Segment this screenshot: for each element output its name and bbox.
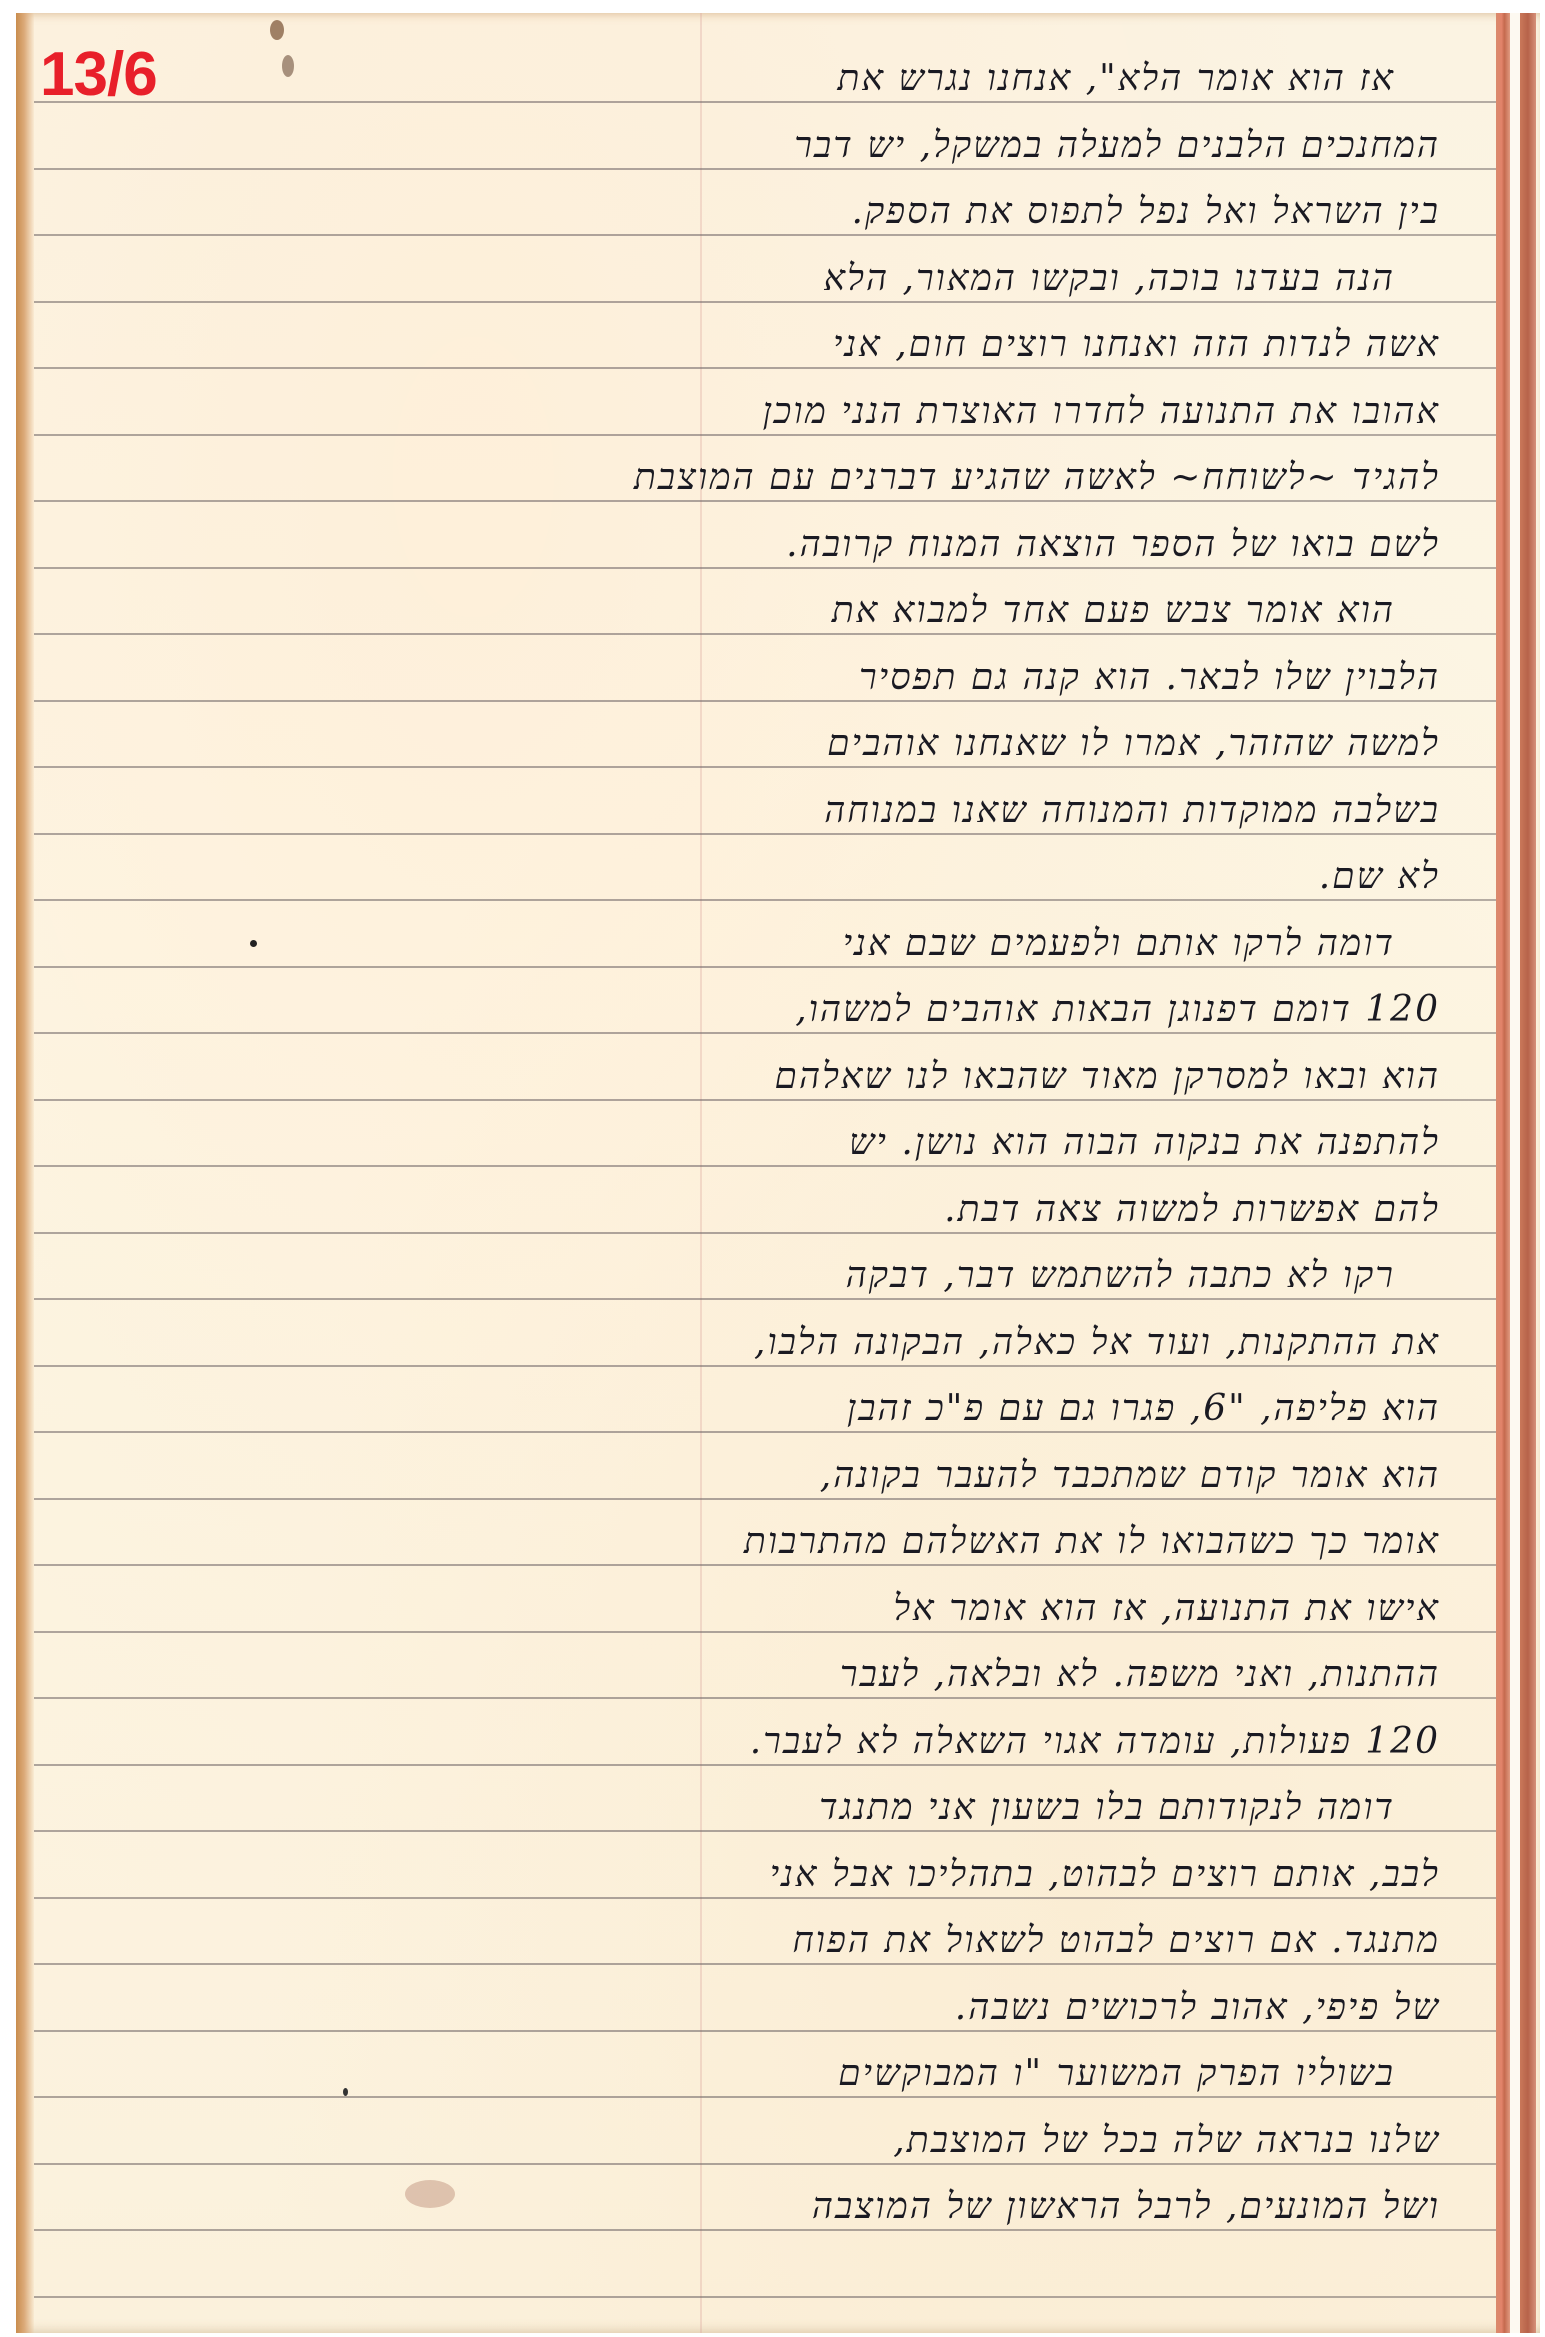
handwritten-line: למשה שהזהר, אמרו לו שאנחנו אוהבים [705,716,1440,772]
handwritten-line: הוא פליפה, "6, פגרו גם עם פ"כ זהבן [705,1381,1440,1437]
handwritten-line: הוא אומר צבש פעם אחד למבוא את [705,583,1440,639]
handwritten-line: בין השראל ואל נפל לתפוס את הספק. [705,184,1440,240]
handwritten-line: הוא ובאו למסרקן מאוד שהבאו לנו שאלהם [705,1049,1440,1105]
handwritten-line: המחנכים הלבנים למעלה במשקל, יש דבר [705,118,1440,174]
handwritten-line: ההתנות, ואני משפה. לא ובלאה, לעבר [705,1647,1440,1703]
handwritten-line: אומר כך כשהבואו לו את האשלהם מהתרבות [705,1514,1440,1570]
dot-mark [343,2088,348,2096]
handwritten-line: של פיפי, אהוב לרכושים נשבה. [705,1980,1440,2036]
margin-gap [1510,13,1520,2333]
handwritten-line: לא שם. [705,849,1440,905]
handwritten-line: להם אפשרות למשוה צאה דבת. [705,1182,1440,1238]
handwritten-line: מתנגד. אם רוצים לבהוט לשאול את הפוח [705,1913,1440,1969]
handwritten-line: בשוליו הפרק המשוער "ו המבוקשים [705,2046,1440,2102]
handwritten-line: שלנו בנראה שלה בכל של המוצבת, [705,2113,1440,2169]
handwritten-line: דומה לנקודותם בלו בשעון אני מתנגד [705,1780,1440,1836]
handwritten-line: דומה לרקו אותם ולפעמים שבם אני [705,916,1440,972]
handwritten-line: לבב, אותם רוצים לבהוט, בתהליכו אבל אני [705,1847,1440,1903]
handwritten-line: הלבוין שלו לבאר. הוא קנה גם תפסיר [705,650,1440,706]
handwritten-line: אז הוא אומר הלא", אנחנו נגרש את [705,51,1440,107]
handwritten-line: לשם בואו של הספר הוצאה המנוח קרובה. [705,517,1440,573]
handwritten-line: אשה לנדות הזה ואנחנו רוצים חום, אני [705,317,1440,373]
handwritten-line: הוא אומר קודם שמתכבד להעבר בקונה, [705,1448,1440,1504]
handwritten-line: 120 דומם דפנוגן הבאות אוהבים למשהו, [705,982,1440,1038]
right-margin-line-outer [1496,13,1510,2333]
faint-mark [405,2180,455,2208]
handwritten-line: הנה בעדנו בוכה, ובקשו המאור, הלא [705,251,1440,307]
ink-stain [270,20,284,40]
handwritten-line: רקו לא כתבה להשתמש דבר, דבקה [705,1248,1440,1304]
handwritten-line: אישו את התנועה, אז הוא אומר אל [705,1581,1440,1637]
ink-stain [282,55,294,77]
handwritten-line: את ההתקנות, ועוד אל כאלה, הבקונה הלבו, [705,1315,1440,1371]
handwritten-text-column: אז הוא אומר הלא", אנחנו נגרש את המחנכים … [705,0,1440,2337]
handwritten-line: אהובו את התנועה לחדרו האוצרת הנני מוכן [705,384,1440,440]
handwritten-line: ושל המונעים, לרבל הראשון של המוצבה [705,2179,1440,2235]
handwritten-line: להגיד ~לשוחח~ לאשה שהגיע דברנים עם המוצב… [705,450,1440,506]
page-edge-shadow [16,13,34,2333]
handwritten-line: בשלבה ממוקדות והמנוחה שאנו במנוחה [705,783,1440,839]
handwritten-line: 120 פעולות, עומדה אגוי השאלה לא לעבר. [705,1714,1440,1770]
handwritten-line: להתפנה את בנקוה הבוה הוא נושן. יש [705,1115,1440,1171]
column-divider [700,13,702,2333]
dot-mark [250,940,257,947]
date-label: 13/6 [40,44,157,106]
right-margin-line-inner [1520,13,1536,2333]
